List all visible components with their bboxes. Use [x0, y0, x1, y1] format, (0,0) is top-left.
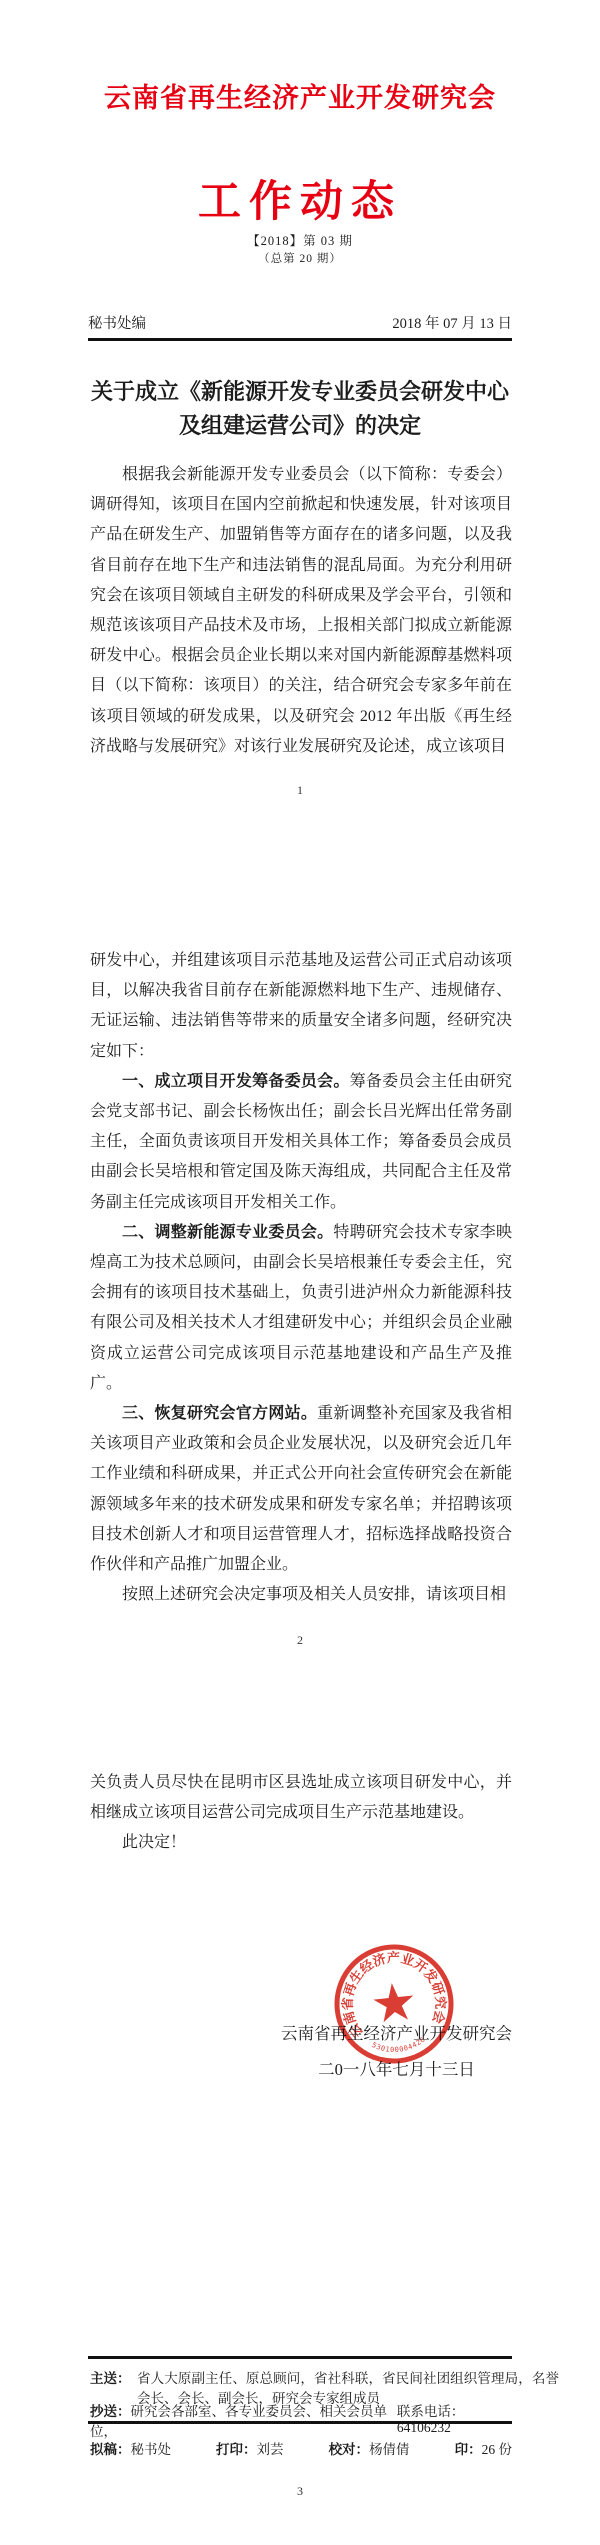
section-1-heading: 一、成立项目开发筹备委员会。	[122, 1073, 350, 1090]
paragraph: 根据我会新能源开发专业委员会（以下简称：专委会）调研得知，该项目在国内空前掀起和…	[90, 460, 512, 762]
official-seal: 云南省再生经济产业开发研究会 5301000044265	[332, 1942, 456, 2066]
main-send-label: 主送：	[90, 2369, 131, 2389]
total-issue-number: （总第 20 期）	[0, 250, 600, 266]
footer-divider-bottom	[88, 2421, 512, 2424]
imprint-row: 拟稿：秘书处 打印：刘芸 校对：杨倩倩 印：26 份	[90, 2438, 512, 2458]
page1-body: 根据我会新能源开发专业委员会（以下简称：专委会）调研得知，该项目在国内空前掀起和…	[90, 460, 512, 762]
decision-title: 关于成立《新能源开发专业委员会研发中心 及组建运营公司》的决定	[0, 375, 600, 443]
bulletin-title: 工作动态	[0, 168, 600, 229]
header-divider	[88, 338, 512, 341]
draft-label: 拟稿：	[90, 2442, 131, 2457]
section-2-text: 特聘研究会技术专家李映煌高工为技术总顾问，由副会长吴培根兼任专委会主任，究会拥有…	[90, 1224, 512, 1392]
print-label: 打印：	[216, 2442, 257, 2457]
draft-value: 秘书处	[131, 2442, 172, 2457]
section-3: 三、恢复研究会官方网站。重新调整补充国家及我省相关该项目产业政策和会员企业发展状…	[90, 1399, 512, 1580]
footer-divider-top	[88, 2356, 512, 2359]
contact-phone: 联系电话：64106232	[397, 2400, 512, 2440]
closing-paragraph-start: 按照上述研究会决定事项及相关人员安排，请该项目相	[90, 1580, 512, 1610]
org-title: 云南省再生经济产业开发研究会	[0, 76, 600, 115]
section-3-text: 重新调整补充国家及我省相关该项目产业政策和会员企业发展状况，以及研究会近几年工作…	[90, 1405, 512, 1573]
decision-title-line2: 及组建运营公司》的决定	[0, 409, 600, 443]
proof-value: 杨倩倩	[369, 2442, 410, 2457]
closing-paragraph-continued: 关负责人员尽快在昆明市区县选址成立该项目研发中心，并相继成立该项目运营公司完成项…	[90, 1768, 512, 1828]
proof-label: 校对：	[329, 2442, 370, 2457]
official-document: 云南省再生经济产业开发研究会 工作动态 【2018】第 03 期 （总第 20 …	[0, 0, 600, 2545]
page-number-1: 1	[0, 783, 600, 798]
decision-title-line1: 关于成立《新能源开发专业委员会研发中心	[0, 375, 600, 409]
page2-body: 研发中心，并组建该项目示范基地及运营公司正式启动该项目，以解决我省目前存在新能源…	[90, 946, 512, 1610]
section-3-heading: 三、恢复研究会官方网站。	[122, 1405, 317, 1422]
copies-value: 26 份	[482, 2442, 512, 2457]
decision-end: 此决定！	[90, 1828, 512, 1858]
copies-cell: 印：26 份	[455, 2438, 512, 2458]
page-number-3: 3	[0, 2484, 600, 2499]
section-1: 一、成立项目开发筹备委员会。筹备委员会主任由研究会党支部书记、副会长杨恢出任；副…	[90, 1067, 512, 1218]
section-2: 二、调整新能源专业委员会。特聘研究会技术专家李映煌高工为技术总顾问，由副会长吴培…	[90, 1218, 512, 1399]
seal-star-icon	[372, 1981, 416, 2023]
print-cell: 打印：刘芸	[216, 2438, 284, 2458]
copies-label: 印：	[455, 2442, 482, 2457]
editor-label: 秘书处编	[88, 312, 146, 333]
draft-cell: 拟稿：秘书处	[90, 2438, 171, 2458]
copy-send-label: 抄送：	[90, 2404, 131, 2419]
copy-send-cell: 抄送：研究会各部室、各专业委员会、相关会员单位，	[90, 2400, 397, 2440]
proof-cell: 校对：杨倩倩	[329, 2438, 410, 2458]
paragraph-continued: 研发中心，并组建该项目示范基地及运营公司正式启动该项目，以解决我省目前存在新能源…	[90, 946, 512, 1067]
editor-date-row: 秘书处编 2018 年 07 月 13 日	[88, 312, 512, 333]
page3-body: 关负责人员尽快在昆明市区县选址成立该项目研发中心，并相继成立该项目运营公司完成项…	[90, 1768, 512, 1859]
seal-group: 云南省再生经济产业开发研究会 5301000044265	[332, 1942, 456, 2066]
issue-number: 【2018】第 03 期	[0, 231, 600, 249]
section-1-text: 筹备委员会主任由研究会党支部书记、副会长杨恢出任；副会长吕光辉出任常务副主任，全…	[90, 1073, 512, 1211]
copy-send-row: 抄送：研究会各部室、各专业委员会、相关会员单位， 联系电话：64106232	[90, 2400, 512, 2440]
issue-date: 2018 年 07 月 13 日	[392, 312, 512, 333]
print-value: 刘芸	[257, 2442, 284, 2457]
section-2-heading: 二、调整新能源专业委员会。	[122, 1224, 333, 1241]
page-number-2: 2	[0, 1633, 600, 1648]
